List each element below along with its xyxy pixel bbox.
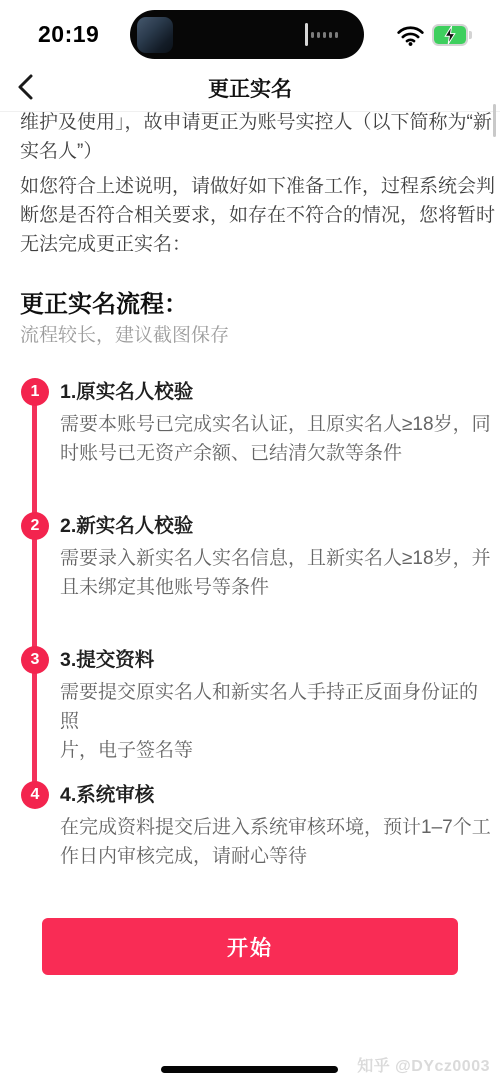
status-time: 20:19 bbox=[38, 21, 99, 48]
step-3-description: 需要提交原实名人和新实名人手持正反面身份证的照 片，电子签名等 bbox=[60, 678, 496, 765]
step-1-title: 1.原实名人校验 bbox=[60, 378, 500, 406]
scroll-indicator[interactable] bbox=[493, 104, 496, 137]
step-1-description: 需要本账号已完成实名认证，且原实名人≥18岁，同 时账号已无资产余额、已结清欠款… bbox=[60, 410, 496, 468]
status-icons bbox=[397, 24, 472, 46]
scroll-content[interactable]: 维护及使用」，故申请更正为账号实控人（以下简称为“新 实名人”） 如您符合上述说… bbox=[0, 0, 500, 1084]
timeline-step-4: 4 4.系统审核 在完成资料提交后进入系统审核环境，预计1–7个工 作日内审核完… bbox=[0, 781, 500, 871]
process-note: 流程较长，建议截图保存 bbox=[20, 320, 229, 347]
status-bar: 20:19 bbox=[0, 0, 500, 60]
page-title: 更正实名 bbox=[0, 73, 500, 103]
step-1-badge: 1 bbox=[21, 378, 49, 406]
step-4-title: 4.系统审核 bbox=[60, 781, 500, 809]
app-screen: 维护及使用」，故申请更正为账号实控人（以下简称为“新 实名人”） 如您符合上述说… bbox=[0, 0, 500, 1084]
timeline-step-2: 2 2.新实名人校验 需要录入新实名人实名信息，且新实名人≥18岁，并 且未绑定… bbox=[0, 512, 500, 602]
intro-paragraph: 如您符合上述说明，请做好如下准备工作，过程系统会判 断您是否符合相关要求，如存在… bbox=[20, 172, 498, 259]
step-4-description: 在完成资料提交后进入系统审核环境，预计1–7个工 作日内审核完成，请耐心等待 bbox=[60, 813, 496, 871]
start-button-label: 开始 bbox=[227, 932, 273, 962]
intro-clipped-paragraph: 维护及使用」，故申请更正为账号实控人（以下简称为“新 实名人”） bbox=[20, 108, 498, 166]
step-3-title: 3.提交资料 bbox=[60, 646, 500, 674]
start-button[interactable]: 开始 bbox=[42, 918, 458, 975]
dynamic-island[interactable] bbox=[130, 10, 364, 59]
audio-waveform-icon bbox=[305, 10, 338, 59]
timeline-step-1: 1 1.原实名人校验 需要本账号已完成实名认证，且原实名人≥18岁，同 时账号已… bbox=[0, 378, 500, 468]
step-2-badge: 2 bbox=[21, 512, 49, 540]
wifi-icon bbox=[397, 25, 424, 46]
now-playing-album-art bbox=[137, 17, 173, 53]
timeline-step-3: 3 3.提交资料 需要提交原实名人和新实名人手持正反面身份证的照 片，电子签名等 bbox=[0, 646, 500, 765]
step-2-title: 2.新实名人校验 bbox=[60, 512, 500, 540]
battery-charging-icon bbox=[432, 24, 472, 46]
step-4-badge: 4 bbox=[21, 781, 49, 809]
step-2-description: 需要录入新实名人实名信息，且新实名人≥18岁，并 且未绑定其他账号等条件 bbox=[60, 544, 496, 602]
process-heading: 更正实名流程： bbox=[20, 284, 188, 319]
step-3-badge: 3 bbox=[21, 646, 49, 674]
nav-bar: 更正实名 bbox=[0, 60, 500, 112]
